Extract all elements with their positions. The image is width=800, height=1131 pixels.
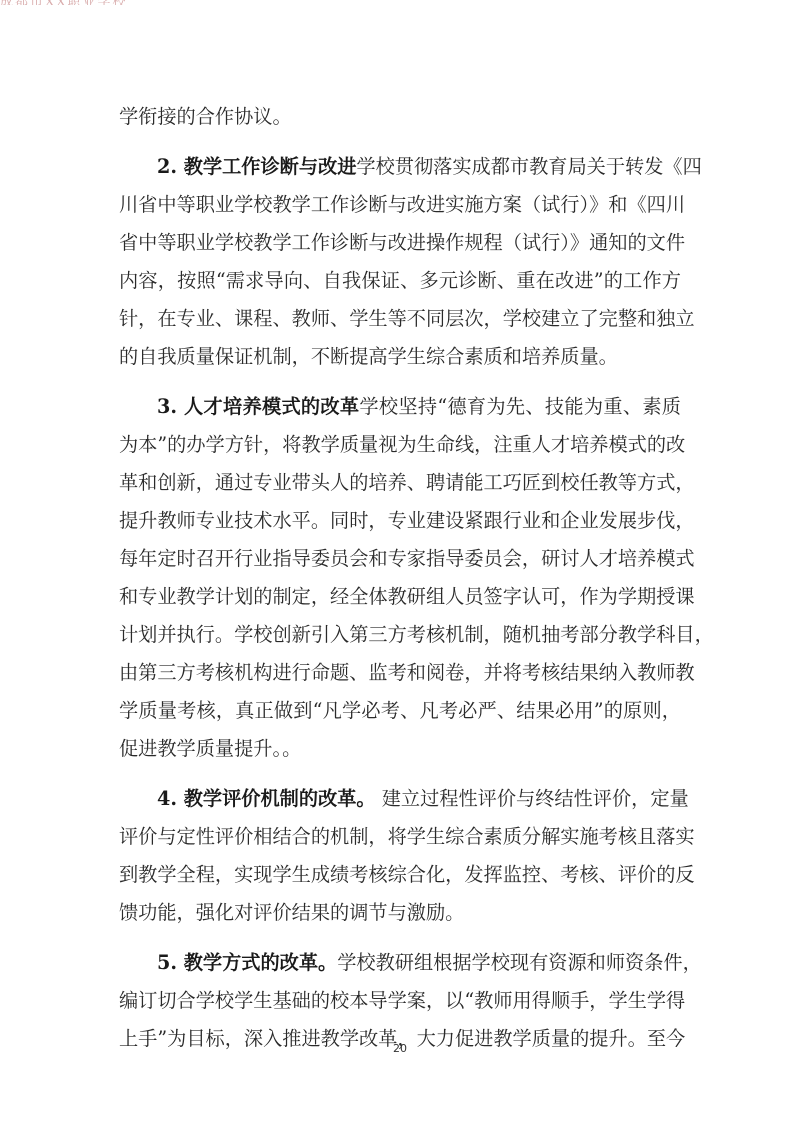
paragraph-4-line-4: 馈功能，强化对评价结果的调节与激励。 (119, 900, 681, 926)
paragraph-3-line-5: 每年定时召开行业指导委员会和专家指导委员会，研讨人才培养模式 (119, 546, 681, 572)
paragraph-3-line-4: 提升教师专业技术水平。同时，专业建设紧跟行业和企业发展步伐， (119, 508, 681, 534)
paragraph-3-line-6: 和专业教学计划的制定，经全体教研组人员签字认可，作为学期授课 (119, 584, 681, 610)
paragraph-4-line-1: 4. 教学评价机制的改革。 建立过程性评价与终结性评价，定量 (157, 786, 681, 812)
paragraph-3-line-9: 学质量考核，真正做到“凡学必考、凡考必严、结果必用”的原则， (119, 698, 681, 724)
paragraph-5-line-2: 编订切合学校学生基础的校本导学案，以“教师用得顺手，学生学得 (119, 988, 681, 1014)
paragraph-3-line-2: 为本”的办学方针，将教学质量视为生命线，注重人才培养模式的改 (119, 432, 681, 458)
paragraph-4-line-3: 到教学全程，实现学生成绩考核综合化，发挥监控、考核、评价的反 (119, 862, 681, 888)
section-heading-3: 3. 人才培养模式的改革 (157, 395, 359, 418)
paragraph-3-line-7: 计划并执行。学校创新引入第三方考核机制，随机抽考部分教学科目， (119, 622, 681, 648)
paragraph-2-line-5: 针，在专业、课程、教师、学生等不同层次，学校建立了完整和独立 (119, 306, 681, 332)
section-heading-2: 2. 教学工作诊断与改进 (157, 155, 356, 178)
section-heading-5: 5. 教学方式的改革。 (157, 951, 337, 974)
paragraph-2-line-6: 的自我质量保证机制，不断提高学生综合素质和培养质量。 (119, 344, 681, 370)
page-header-clipped: 成都市XX职业学校 (0, 0, 170, 5)
section-heading-4: 4. 教学评价机制的改革。 (157, 787, 376, 810)
paragraph-5-line-1: 5. 教学方式的改革。学校教研组根据学校现有资源和师资条件， (157, 950, 681, 976)
page-number: 20 (0, 1042, 800, 1055)
paragraph-3-line-10: 促进教学质量提升。。 (119, 736, 681, 762)
paragraph-1-line-1: 学衔接的合作协议。 (119, 104, 681, 130)
paragraph-2-line-1: 2. 教学工作诊断与改进学校贯彻落实成都市教育局关于转发《四 (157, 154, 681, 180)
paragraph-2-line-4: 内容，按照“需求导向、自我保证、多元诊断、重在改进”的工作方 (119, 268, 681, 294)
paragraph-3-line-8: 由第三方考核机构进行命题、监考和阅卷，并将考核结果纳入教师教 (119, 660, 681, 686)
paragraph-2-line-2: 川省中等职业学校教学工作诊断与改进实施方案（试行）》和《四川 (119, 192, 681, 218)
paragraph-3-line-3: 革和创新，通过专业带头人的培养、聘请能工巧匠到校任教等方式， (119, 470, 681, 496)
paragraph-3-line-1: 3. 人才培养模式的改革学校坚持“德育为先、技能为重、素质 (157, 394, 681, 420)
paragraph-4-line-2: 评价与定性评价相结合的机制，将学生综合素质分解实施考核且落实 (119, 824, 681, 850)
paragraph-2-line-3: 省中等职业学校教学工作诊断与改进操作规程（试行）》通知的文件 (119, 230, 681, 256)
